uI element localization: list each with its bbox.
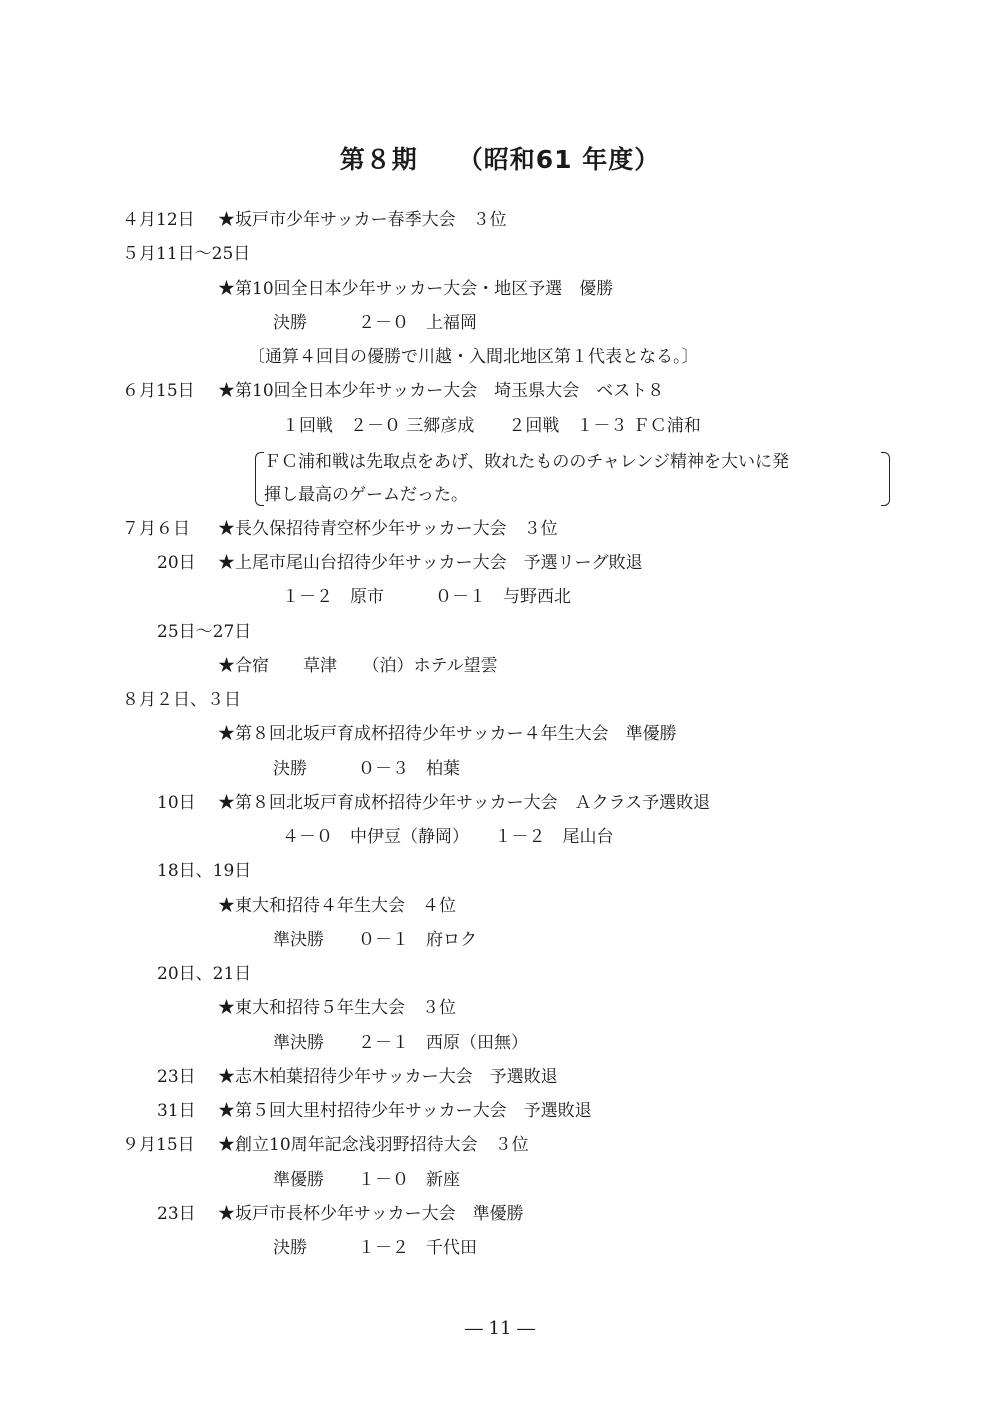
entry-text: ★上尾市尾山台招待少年サッカー大会 予選リーグ敗退 xyxy=(218,552,643,574)
entry-date: 20日、21日 xyxy=(157,963,251,985)
match-result: 決勝 １－２ 千代田 xyxy=(273,1237,477,1259)
entry-text: ★坂戸市少年サッカー春季大会 ３位 xyxy=(218,209,507,231)
right-bracket xyxy=(881,452,890,506)
note: ＦＣ浦和戦は先取点をあげ、敗れたもののチャレンジ精神を大いに発 xyxy=(264,451,789,473)
entry-text: ★合宿 草津 （泊）ホテル望雲 xyxy=(218,655,498,677)
entry-date: ９月15日 xyxy=(122,1134,195,1156)
entry-date: 20日 xyxy=(157,552,196,574)
year-label: （昭和61 年度） xyxy=(458,145,661,174)
note: 〔通算４回目の優勝で川越・入間北地区第１代表となる。〕 xyxy=(248,346,699,368)
entry-date: 18日、19日 xyxy=(157,860,251,882)
entry-text: ★東大和招待４年生大会 ４位 xyxy=(218,895,456,917)
entry-date: 23日 xyxy=(157,1066,196,1088)
entry-date: 25日～27日 xyxy=(157,621,251,643)
entry-text: ★第５回大里村招待少年サッカー大会 予選敗退 xyxy=(218,1100,592,1122)
match-result: 準優勝 １－０ 新座 xyxy=(273,1169,460,1191)
left-bracket xyxy=(255,452,264,506)
entry-date: ７月６日 xyxy=(122,518,190,540)
entry-text: ★坂戸市長杯少年サッカー大会 準優勝 xyxy=(218,1203,524,1225)
page-number: ― 11 ― xyxy=(0,1318,1000,1339)
match-result: １回戦 ２－０ 三郷彦成 ２回戦 １－３ ＦＣ浦和 xyxy=(282,415,701,437)
entry-date: 31日 xyxy=(157,1100,196,1122)
entry-text: ★志木柏葉招待少年サッカー大会 予選敗退 xyxy=(218,1066,558,1088)
entry-date: ６月15日 xyxy=(122,380,195,402)
match-result: 決勝 ０－３ 柏葉 xyxy=(273,758,460,780)
entry-date: ８月２日、３日 xyxy=(122,689,241,711)
match-result: ４－０ 中伊豆（静岡） １－２ 尾山台 xyxy=(282,826,614,848)
entry-text: ★創立10周年記念浅羽野招待大会 ３位 xyxy=(218,1134,529,1156)
entry-date: ４月12日 xyxy=(122,209,195,231)
note: 揮し最高のゲームだった。 xyxy=(264,484,468,506)
page-title: 第８期（昭和61 年度） xyxy=(0,140,1000,176)
entry-text: ★第８回北坂戸育成杯招待少年サッカー大会 Ａクラス予選敗退 xyxy=(218,792,710,814)
entry-text: ★第８回北坂戸育成杯招待少年サッカー４年生大会 準優勝 xyxy=(218,723,677,745)
entry-date: 23日 xyxy=(157,1203,196,1225)
entry-date: 10日 xyxy=(157,792,196,814)
entry-text: ★長久保招待青空杯少年サッカー大会 ３位 xyxy=(218,518,558,540)
match-result: 準決勝 ２－１ 西原（田無） xyxy=(273,1032,528,1054)
match-result: 決勝 ２－０ 上福岡 xyxy=(273,312,477,334)
match-result: 準決勝 ０－１ 府ロク xyxy=(273,929,477,951)
entry-text: ★第10回全日本少年サッカー大会・地区予選 優勝 xyxy=(218,278,613,300)
period-label: 第８期 xyxy=(340,145,418,174)
entry-text: ★第10回全日本少年サッカー大会 埼玉県大会 ベスト８ xyxy=(218,380,664,402)
entry-text: ★東大和招待５年生大会 ３位 xyxy=(218,997,456,1019)
entry-date: ５月11日～25日 xyxy=(122,243,250,265)
match-result: １－２ 原市 ０－１ 与野西北 xyxy=(282,586,571,608)
